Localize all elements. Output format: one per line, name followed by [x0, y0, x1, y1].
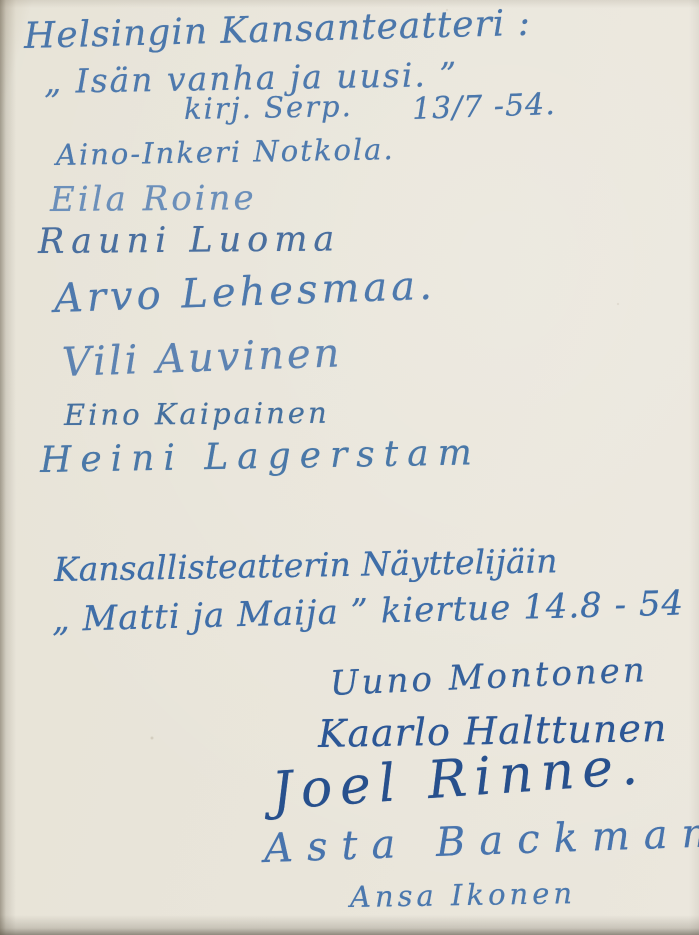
autograph-page: Helsingin Kansanteatteri : „ Isän vanha … — [0, 0, 699, 935]
signature-asta-backman: Asta Backman — [263, 810, 699, 872]
section1-date: 13/7 -54. — [411, 87, 556, 127]
signature-eila-roine: Eila Roine — [50, 178, 257, 220]
signature-ansa-ikonen: Ansa Ikonen — [350, 876, 577, 914]
signature-eino-kaipainen: Eino Kaipainen — [64, 396, 330, 432]
section1-theatre-title: Helsingin Kansanteatteri : — [23, 3, 531, 57]
signature-heini-lagerstam: Heini Lagerstam — [40, 432, 481, 481]
signature-arvo-lehesmaa: Arvo Lehesmaa. — [53, 263, 436, 322]
signature-rauni-luoma: Rauni Luoma — [38, 219, 341, 262]
section2-title: Kansallisteatterin Näyttelijäin — [54, 541, 558, 589]
signature-vili-auvinen: Vili Auvinen — [61, 330, 343, 386]
section1-author-credit: kirj. Serp. — [184, 89, 353, 126]
section2-tour-line: „ Matti ja Maija ” kiertue 14.8 - 54 — [51, 583, 684, 640]
signature-aino-inkeri-notkola: Aino-Inkeri Notkola. — [56, 132, 395, 172]
signature-uuno-montonen: Uuno Montonen — [329, 650, 648, 704]
